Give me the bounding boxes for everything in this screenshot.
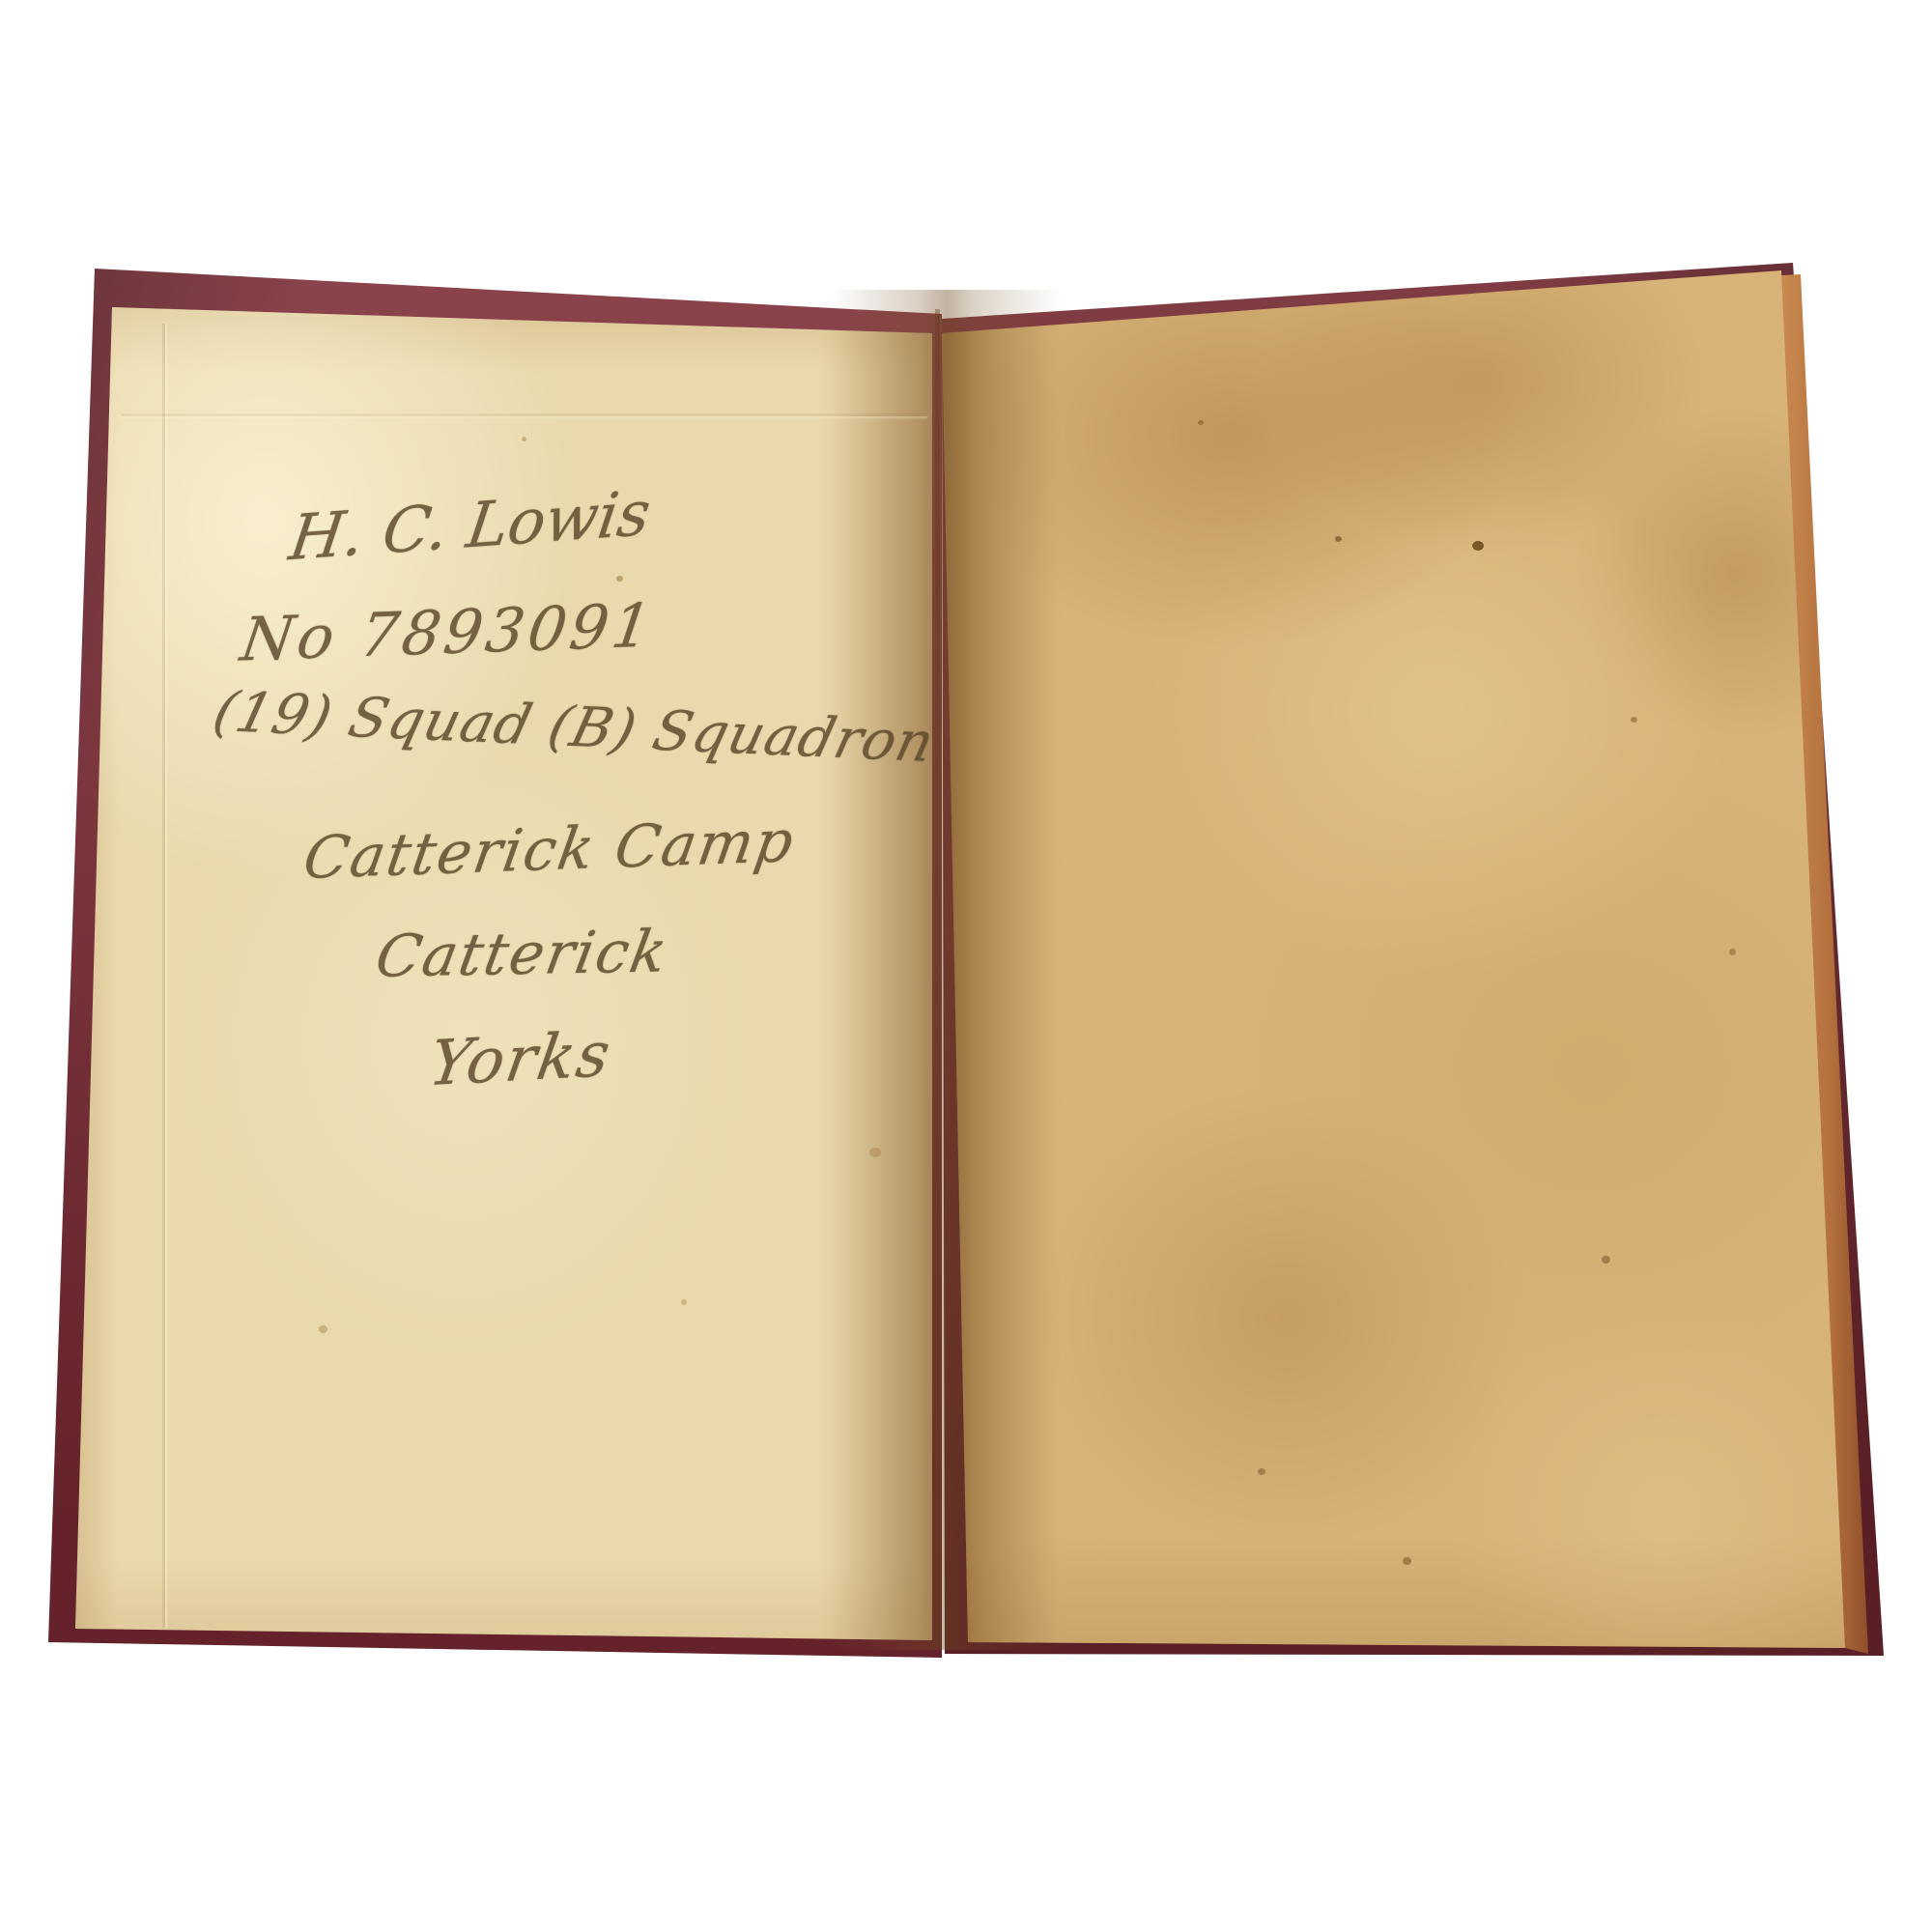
- turn-in-ridge-vertical: [162, 324, 165, 1628]
- inscription-line-county: Yorks: [424, 1019, 616, 1101]
- gutter-shadow: [831, 290, 1063, 1650]
- stain-speck: [319, 1325, 327, 1333]
- stain-speck: [616, 576, 623, 582]
- stain-speck: [1335, 536, 1342, 542]
- stain-speck: [522, 437, 526, 441]
- stain-speck: [1198, 420, 1204, 425]
- inscription-line-town: Catterick: [371, 918, 674, 990]
- stain-speck: [1258, 1468, 1265, 1475]
- photograph: H. C. Lowis No 7893091 (19) Squad (B) Sq…: [0, 0, 1932, 1932]
- stain-speck: [1602, 1256, 1610, 1264]
- right-endpaper-page: [942, 270, 1845, 1648]
- gutter-fold-line: [935, 309, 940, 1647]
- stain-speck: [1403, 1557, 1411, 1565]
- stain-speck: [1631, 717, 1637, 723]
- inscription-line-number: No 7893091: [237, 589, 659, 674]
- turn-in-ridge-horizontal: [121, 413, 927, 416]
- stain-speck: [869, 1148, 881, 1157]
- stain-speck: [681, 1299, 687, 1305]
- stain-speck: [1472, 541, 1484, 551]
- stain-speck: [1729, 949, 1736, 955]
